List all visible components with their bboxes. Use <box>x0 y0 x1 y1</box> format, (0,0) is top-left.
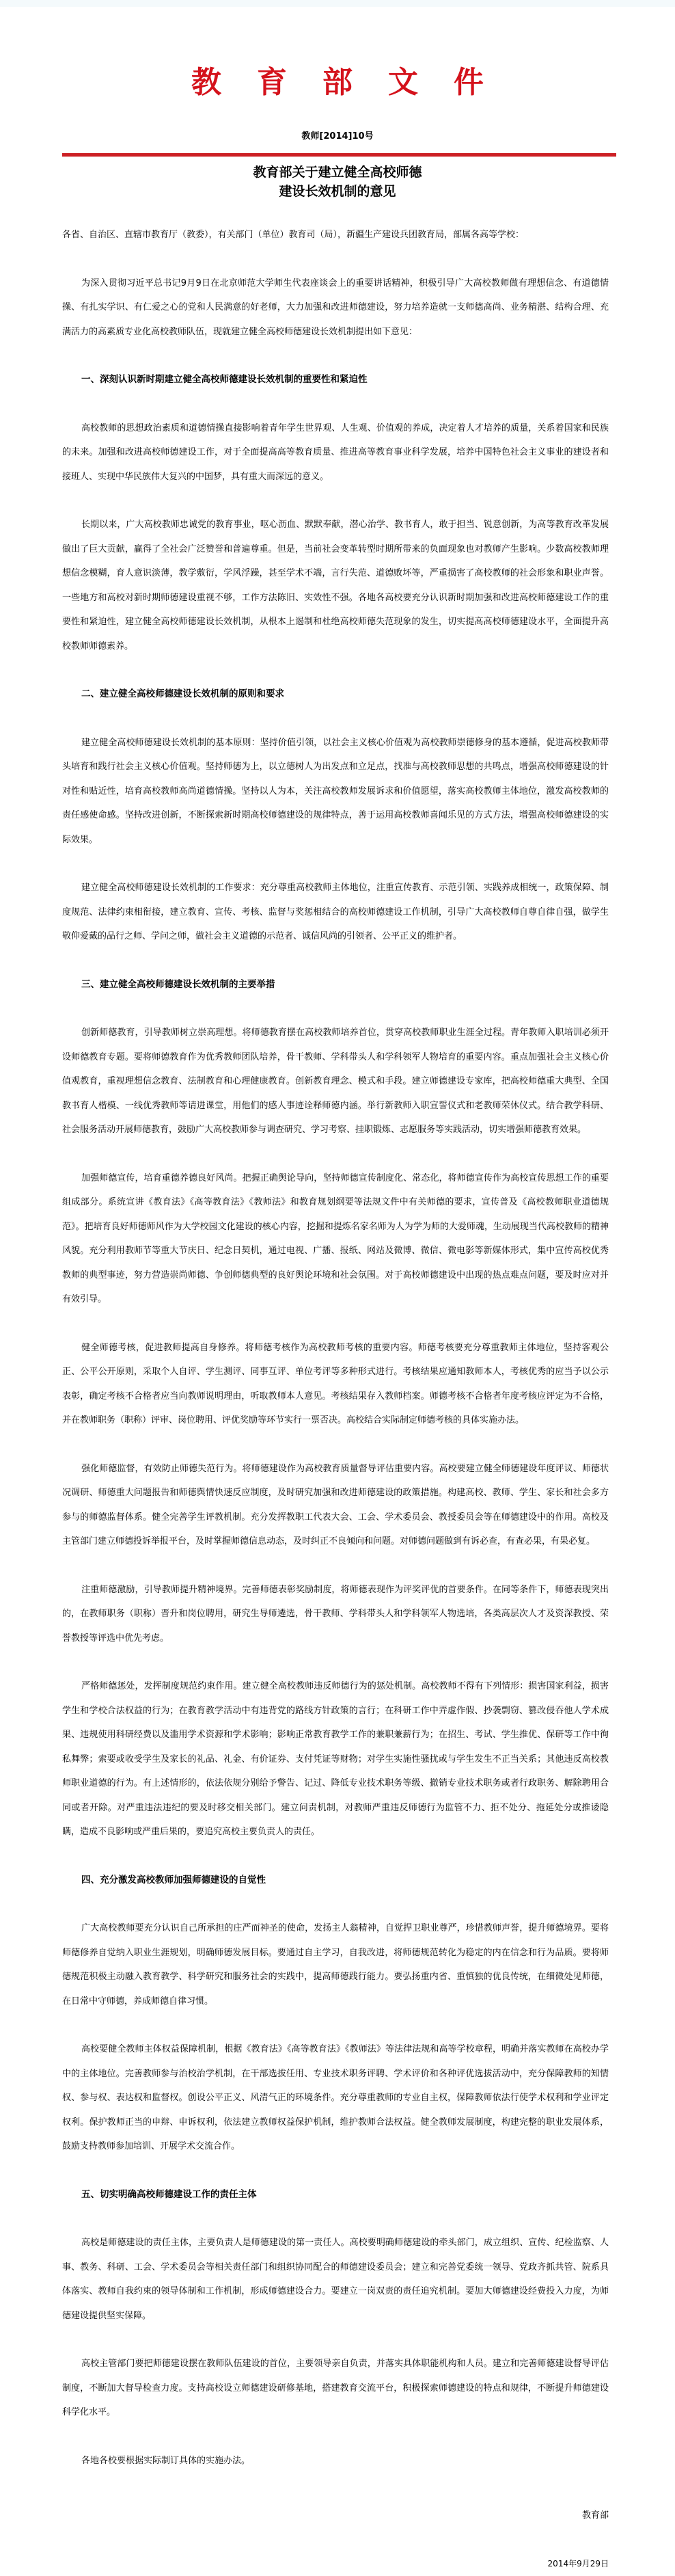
masthead-char: 教 <box>191 57 221 101</box>
paragraph: 高校教师的思想政治素质和道德情操直接影响着青年学生世界观、人生观、价值观的养成，… <box>62 416 609 489</box>
paragraph: 各地各校要根据实际制订具体的实施办法。 <box>62 2449 609 2473</box>
paragraph: 长期以来，广大高校教师忠诚党的教育事业，呕心沥血、默默奉献，潜心治学、教书育人，… <box>62 513 609 658</box>
paragraph: 高校主管部门要把师德建设摆在教师队伍建设的首位，主要领导亲自负责，并落实具体职能… <box>62 2352 609 2425</box>
section-heading: 一、深刻认识新时期建立健全高校师德建设长效机制的重要性和紧迫性 <box>62 368 609 392</box>
issue-date: 2014年9月29日 <box>62 2552 609 2576</box>
document-body: 各省、自治区、直辖市教育厅（教委），有关部门（单位）教育司（局），新疆生产建设兵… <box>62 223 609 2576</box>
section-heading: 四、充分激发高校教师加强师德建设的自觉性 <box>62 1868 609 1893</box>
paragraph: 高校要健全教师主体权益保障机制，根据《教育法》《高等教育法》《教师法》等法律法规… <box>62 2037 609 2159</box>
paragraph: 建立健全高校师德建设长效机制的基本原则：坚持价值引领，以社会主义核心价值观为高校… <box>62 731 609 853</box>
paragraph: 建立健全高校师德建设长效机制的工作要求：充分尊重高校教师主体地位，注重宣传教育、… <box>62 876 609 949</box>
document-title: 教育部关于建立健全高校师德 建设长效机制的意见 <box>0 163 675 201</box>
paragraph: 健全师德考核，促进教师提高自身修养。将师德考核作为高校教师考核的重要内容。师德考… <box>62 1336 609 1433</box>
section-1: 一、深刻认识新时期建立健全高校师德建设长效机制的重要性和紧迫性 高校教师的思想政… <box>62 368 609 658</box>
intro-paragraph: 为深入贯彻习近平总书记9月9日在北京师范大学师生代表座谈会上的重要讲话精神，积极… <box>62 271 609 345</box>
section-heading: 二、建立健全高校师德建设长效机制的原则和要求 <box>62 682 609 707</box>
paragraph: 加强师德宣传，培育重德养德良好风尚。把握正确舆论导向，坚持师德宣传制度化、常态化… <box>62 1166 609 1312</box>
section-3: 三、建立健全高校师德建设长效机制的主要举措 创新师德教育，引导教师树立崇高理想。… <box>62 973 609 1844</box>
section-heading: 五、切实明确高校师德建设工作的责任主体 <box>62 2183 609 2208</box>
paragraph: 严格师德惩处，发挥制度规范约束作用。建立健全高校教师违反师德行为的惩处机制。高校… <box>62 1674 609 1844</box>
paragraph: 强化师德监督，有效防止师德失范行为。将师德建设作为高校教育质量督导评估重要内容。… <box>62 1457 609 1554</box>
section-4: 四、充分激发高校教师加强师德建设的自觉性 广大高校教师要充分认识自己所承担的庄严… <box>62 1868 609 2159</box>
masthead-char: 部 <box>322 57 353 101</box>
title-line-2: 建设长效机制的意见 <box>0 182 675 201</box>
paragraph: 创新师德教育，引导教师树立崇高理想。将师德教育摆在高校教师培养首位，贯穿高校教师… <box>62 1021 609 1142</box>
section-heading: 三、建立健全高校师德建设长效机制的主要举措 <box>62 973 609 997</box>
section-2: 二、建立健全高校师德建设长效机制的原则和要求 建立健全高校师德建设长效机制的基本… <box>62 682 609 949</box>
paragraph: 高校是师德建设的责任主体，主要负责人是师德建设的第一责任人。高校要明确师德建设的… <box>62 2231 609 2328</box>
masthead-char: 件 <box>454 57 484 101</box>
top-margin-band <box>0 0 675 7</box>
issuer-signature: 教育部 <box>62 2504 609 2528</box>
paragraph: 注重师德激励，引导教师提升精神境界。完善师德表彰奖励制度，将师德表现作为评奖评优… <box>62 1578 609 1651</box>
red-divider-line <box>62 153 616 157</box>
paragraph: 广大高校教师要充分认识自己所承担的庄严而神圣的使命，发扬主人翁精神，自觉捍卫职业… <box>62 1916 609 2013</box>
title-line-1: 教育部关于建立健全高校师德 <box>0 163 675 182</box>
masthead-char: 育 <box>257 57 287 101</box>
masthead-red-header: 教育部文件 <box>0 57 675 101</box>
document-number: 教师[2014]10号 <box>0 129 675 142</box>
masthead-char: 文 <box>388 57 418 101</box>
section-5: 五、切实明确高校师德建设工作的责任主体 高校是师德建设的责任主体，主要负责人是师… <box>62 2183 609 2473</box>
addressee: 各省、自治区、直辖市教育厅（教委），有关部门（单位）教育司（局），新疆生产建设兵… <box>62 223 609 247</box>
